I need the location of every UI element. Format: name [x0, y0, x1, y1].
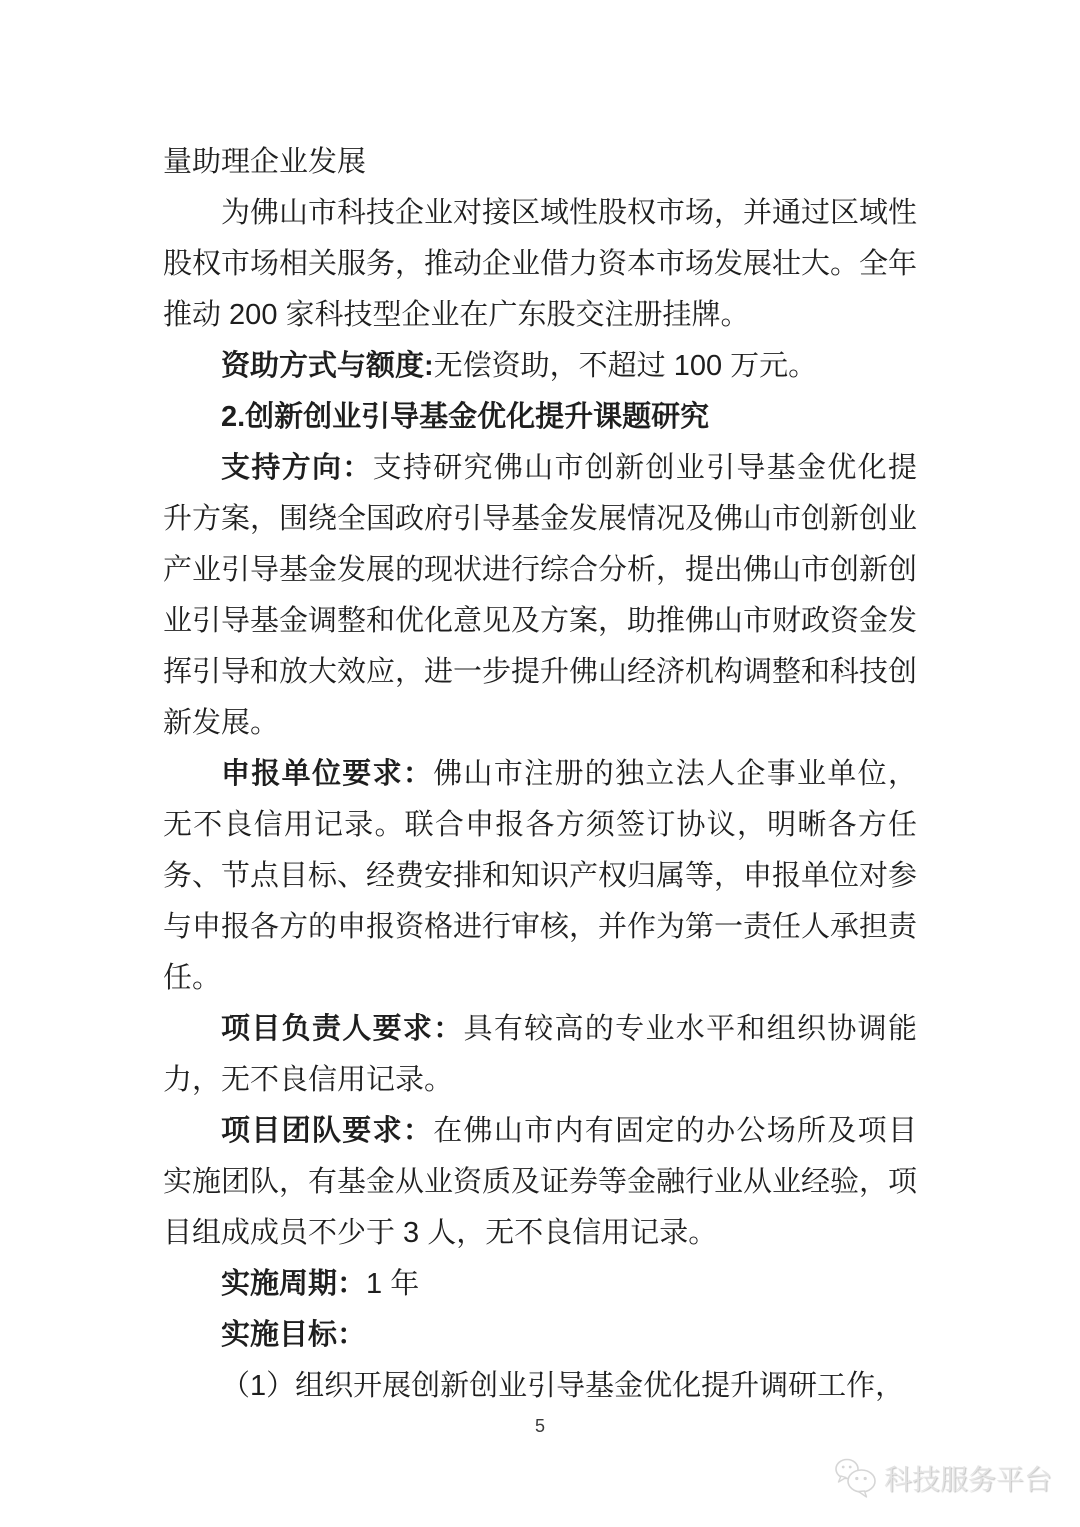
paragraph-label: 实施周期： [221, 1268, 366, 1300]
paragraph: 项目团队要求：在佛山市内有固定的办公场所及项目实施团队，有基金从业资质及证券等金… [163, 1106, 917, 1259]
page-number: 5 [0, 1416, 1080, 1436]
wechat-icon [833, 1455, 879, 1501]
paragraph: 项目负责人要求：具有较高的专业水平和组织协调能力，无不良信用记录。 [163, 1004, 917, 1106]
paragraph-label: 资助方式与额度: [221, 350, 434, 382]
paragraph-label: 项目负责人要求： [221, 1013, 464, 1045]
document-body: 量助理企业发展为佛山市科技企业对接区域性股权市场，并通过区域性股权市场相关服务，… [163, 137, 917, 1412]
paragraph-label: 实施目标： [221, 1319, 366, 1351]
paragraph-label: 支持方向： [221, 452, 373, 484]
watermark: 科技服务平台 [833, 1452, 1052, 1504]
paragraph-text: 支持研究佛山市创新创业引导基金优化提升方案，围绕全国政府引导基金发展情况及佛山市… [163, 452, 917, 739]
paragraph: 资助方式与额度:无偿资助，不超过 100 万元。 [163, 341, 917, 392]
paragraph-text: （1）组织开展创新创业引导基金优化提升调研工作， [221, 1370, 904, 1402]
paragraph: （1）组织开展创新创业引导基金优化提升调研工作， [163, 1361, 917, 1412]
watermark-label: 科技服务平台 [884, 1458, 1052, 1498]
paragraph: 申报单位要求：佛山市注册的独立法人企事业单位，无不良信用记录。联合申报各方须签订… [163, 749, 917, 1004]
paragraph-text: 佛山市注册的独立法人企事业单位，无不良信用记录。联合申报各方须签订协议，明晰各方… [163, 758, 917, 994]
paragraph-text: 为佛山市科技企业对接区域性股权市场，并通过区域性股权市场相关服务，推动企业借力资… [163, 197, 917, 331]
paragraph-text: 1 年 [366, 1268, 419, 1300]
paragraph: 2.创新创业引导基金优化提升课题研究 [163, 392, 917, 443]
paragraph-text: 无偿资助，不超过 100 万元。 [434, 350, 818, 382]
paragraph: 为佛山市科技企业对接区域性股权市场，并通过区域性股权市场相关服务，推动企业借力资… [163, 188, 917, 341]
paragraph: 实施目标： [163, 1310, 917, 1361]
document-page: 量助理企业发展为佛山市科技企业对接区域性股权市场，并通过区域性股权市场相关服务，… [0, 0, 1080, 1527]
paragraph-text: 量助理企业发展 [163, 146, 366, 178]
paragraph: 量助理企业发展 [163, 137, 917, 188]
paragraph-label: 2.创新创业引导基金优化提升课题研究 [221, 401, 709, 433]
paragraph: 支持方向：支持研究佛山市创新创业引导基金优化提升方案，围绕全国政府引导基金发展情… [163, 443, 917, 749]
paragraph: 实施周期：1 年 [163, 1259, 917, 1310]
paragraph-label: 项目团队要求： [221, 1115, 433, 1147]
paragraph-label: 申报单位要求： [221, 758, 433, 790]
